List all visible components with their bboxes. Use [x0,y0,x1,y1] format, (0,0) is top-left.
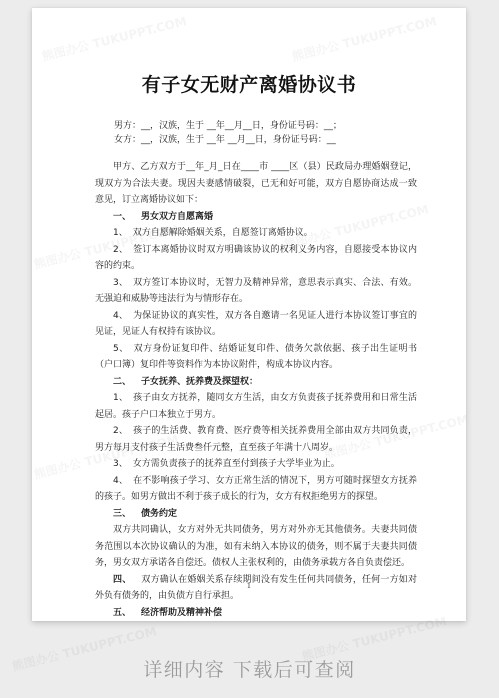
clause-1-4: 4、为保证协议的真实性，双方各自邀请一名见证人进行本协议签订事宜的见证，见证人有… [95,308,417,341]
party-female-line: 女方：__，汉族，生于 __年 __月__日，身份证号码：__ [114,132,336,145]
clause-1-1: 1、双方自愿解除婚姻关系，自愿签订离婚协议。 [95,225,417,242]
section-heading-1: 一、男女双方自愿离婚 [95,209,417,226]
clause-1-3: 3、双方签订本协议时，无智力及精神异常，意思表示真实、合法、有效。无强迫和威胁等… [95,275,417,308]
section-heading-5: 五、经济帮助及精神补偿 [95,605,417,622]
document-body: 甲方、乙方双方于__年_月_日在____市 ____区（县）民政局办理婚姻登记，… [95,159,417,621]
clause-2-2: 2、孩子的生活费、教育费、医疗费等相关抚养费用全部由双方共同负责，男方每月支付孩… [95,423,417,456]
download-notice: 详细内容 下载后可查阅 [0,655,499,682]
clause-2-3: 3、女方需负责孩子的抚养直至付到孩子大学毕业为止。 [95,456,417,473]
section-heading-3: 三、债务约定 [95,506,417,523]
document-page: 熊图办公 TUKUPPT.COM 熊图办公 TUKUPPT.COM 熊图办公 T… [32,8,466,621]
clause-1-2: 2、签订本离婚协议时双方明确该协议的权利义务内容，自愿接受本协议内容的约束。 [95,242,417,275]
document-title: 有子女无财产离婚协议书 [32,70,466,97]
page-number: 1 [32,582,466,590]
clause-2-4: 4、在不影响孩子学习、女方正常生活的情况下，男方可随时探望女方抚养的孩子。如男方… [95,473,417,506]
clause-1-5: 5、双方身份证复印件、结婚证复印件、债务欠款依据、孩子出生证明书（户口簿）复印件… [95,341,417,374]
clause-2-1: 1、孩子由女方抚养，随同女方生活，由女方负责孩子抚养费用和日常生活起居。孩子户口… [95,390,417,423]
section-3-paragraph: 双方共同确认，女方对外无共同债务，男方对外亦无其他债务。夫妻共同债务范围以本次协… [95,522,417,572]
intro-paragraph: 甲方、乙方双方于__年_月_日在____市 ____区（县）民政局办理婚姻登记，… [95,159,417,209]
section-heading-2: 二、子女抚养、抚养费及探望权： [95,374,417,391]
watermark: 熊图办公 TUKUPPT.COM [290,12,438,64]
watermark: 熊图办公 TUKUPPT.COM [40,12,188,64]
party-male-line: 男方：__，汉族，生于 __年__月__日，身份证号码：__； [114,118,342,131]
